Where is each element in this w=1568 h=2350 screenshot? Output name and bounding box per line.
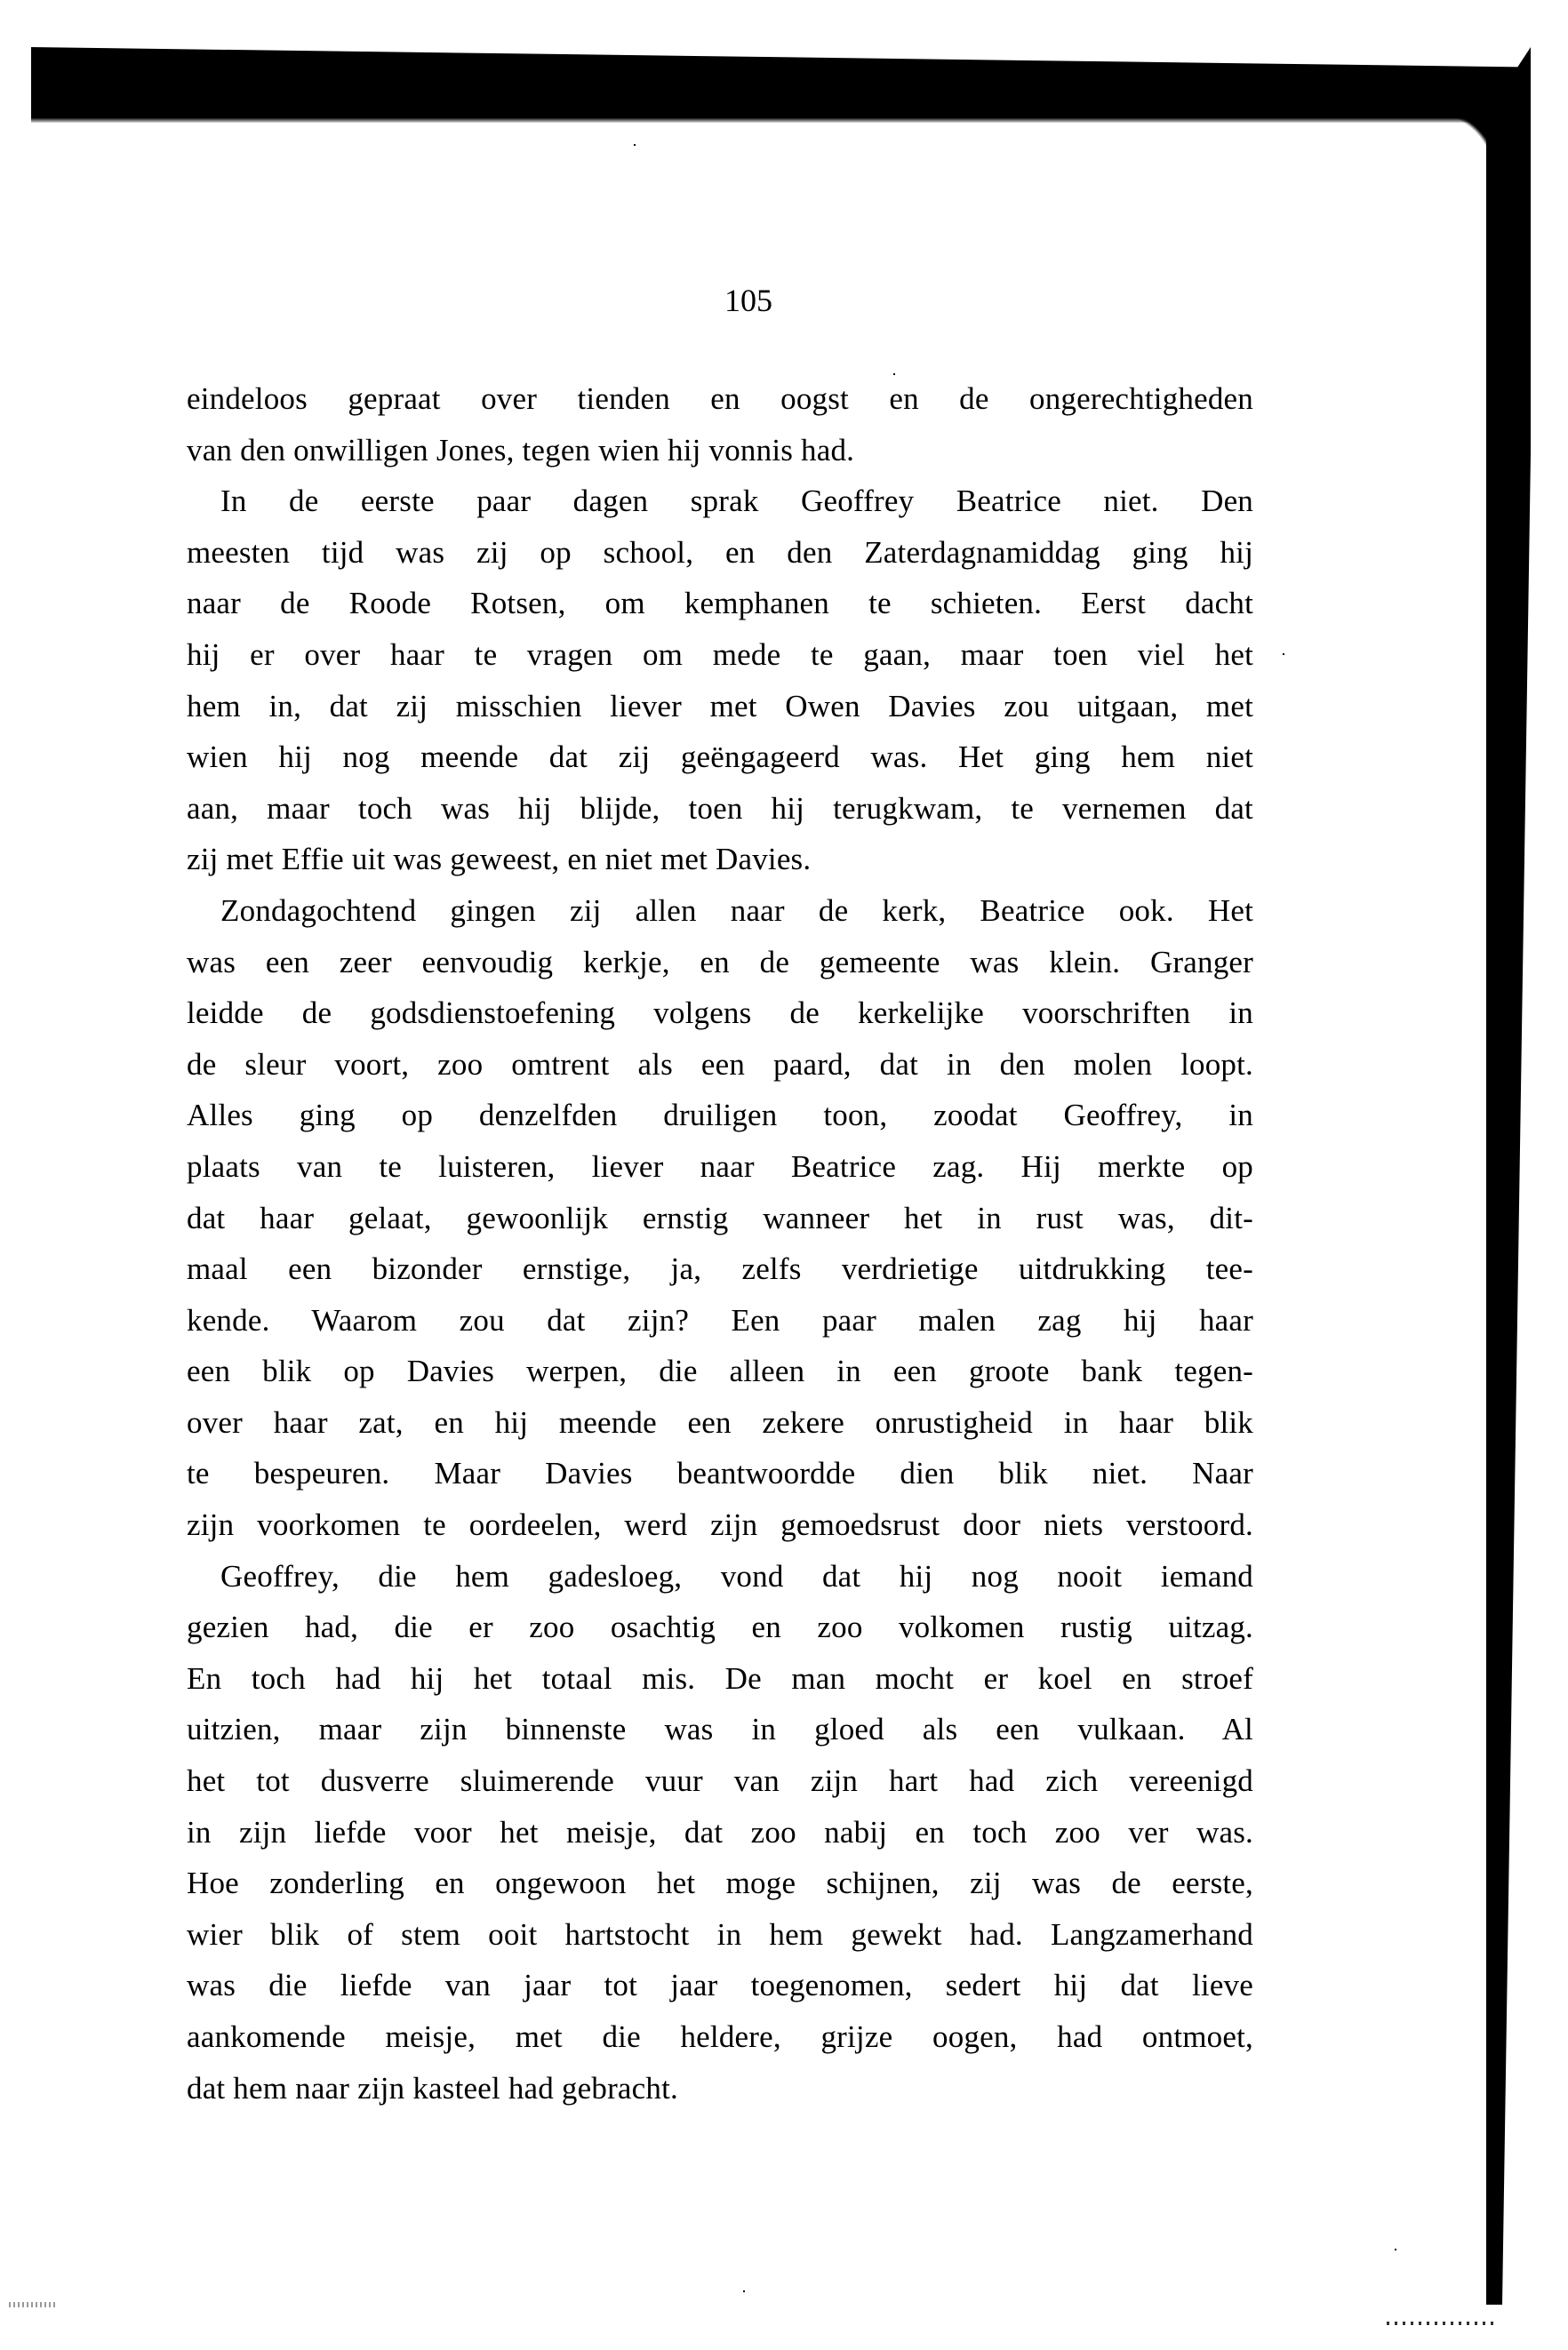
scan-speck — [1395, 2249, 1396, 2250]
scan-border-top-edge — [31, 114, 1489, 123]
text-line: dat haar gelaat, gewoonlijk ernstig wann… — [187, 1193, 1253, 1244]
text-line: was die liefde van jaar tot jaar toegeno… — [187, 1960, 1253, 2011]
text-line: in zijn liefde voor het meisje, dat zoo … — [187, 1807, 1253, 1858]
text-line: de sleur voort, zoo omtrent als een paar… — [187, 1039, 1253, 1091]
scan-speck — [634, 144, 636, 146]
text-line: gezien had, die er zoo osachtig en zoo v… — [187, 1602, 1253, 1653]
text-line: hij er over haar te vragen om mede te ga… — [187, 629, 1253, 681]
text-line: meesten tijd was zij op school, en den Z… — [187, 527, 1253, 579]
text-line: Alles ging op denzelfden druiligen toon,… — [187, 1090, 1253, 1141]
paragraph-first-line: Geoffrey, die hem gadesloeg, vond dat hi… — [187, 1551, 1253, 1603]
page-number: 105 — [0, 283, 1532, 318]
text-line: eindeloos gepraat over tienden en oogst … — [187, 373, 1253, 425]
text-line: Hoe zonderling en ongewoon het moge schi… — [187, 1858, 1253, 1909]
text-line: over haar zat, en hij meende een zekere … — [187, 1397, 1253, 1449]
text-line: wien hij nog meende dat zij geëngageerd … — [187, 731, 1253, 783]
scan-noise-bottom-left — [9, 2302, 58, 2307]
text-line: plaats van te luisteren, liever naar Bea… — [187, 1141, 1253, 1193]
text-line: zijn voorkomen te oordeelen, werd zijn g… — [187, 1499, 1253, 1551]
text-line: aan, maar toch was hij blijde, toen hij … — [187, 783, 1253, 835]
text-line: wier blik of stem ooit hartstocht in hem… — [187, 1909, 1253, 1961]
text-line: kende. Waarom zou dat zijn? Een paar mal… — [187, 1295, 1253, 1347]
text-line: maal een bizonder ernstige, ja, zelfs ve… — [187, 1243, 1253, 1295]
text-line: het tot dusverre sluimerende vuur van zi… — [187, 1755, 1253, 1807]
paragraph-first-line: In de eerste paar dagen sprak Geoffrey B… — [187, 476, 1253, 527]
text-line: dat hem naar zijn kasteel had gebracht. — [187, 2063, 1253, 2114]
text-line: aankomende meisje, met die heldere, grij… — [187, 2011, 1253, 2063]
scan-border-corner — [1431, 105, 1502, 176]
text-line: te bespeuren. Maar Davies beantwoordde d… — [187, 1448, 1253, 1499]
body-text: eindeloos gepraat over tienden en oogst … — [187, 373, 1253, 2114]
text-line: naar de Roode Rotsen, om kemphanen te sc… — [187, 578, 1253, 629]
text-line: uitzien, maar zijn binnenste was in gloe… — [187, 1704, 1253, 1755]
scan-speck — [1283, 653, 1284, 655]
text-line: hem in, dat zij misschien liever met Owe… — [187, 681, 1253, 732]
scan-border-right — [1486, 47, 1531, 2305]
text-line: van den onwilligen Jones, tegen wien hij… — [187, 425, 1253, 476]
scan-border-top — [31, 47, 1520, 118]
paragraph-first-line: Zondagochtend gingen zij allen naar de k… — [187, 885, 1253, 937]
scan-noise-bottom-right — [1387, 2322, 1498, 2325]
text-line: zij met Effie uit was geweest, en niet m… — [187, 834, 1253, 885]
text-line: leidde de godsdienstoefening volgens de … — [187, 987, 1253, 1039]
scan-speck — [743, 2290, 745, 2292]
text-line: was een zeer eenvoudig kerkje, en de gem… — [187, 937, 1253, 988]
text-line: En toch had hij het totaal mis. De man m… — [187, 1653, 1253, 1705]
text-line: een blik op Davies werpen, die alleen in… — [187, 1346, 1253, 1397]
